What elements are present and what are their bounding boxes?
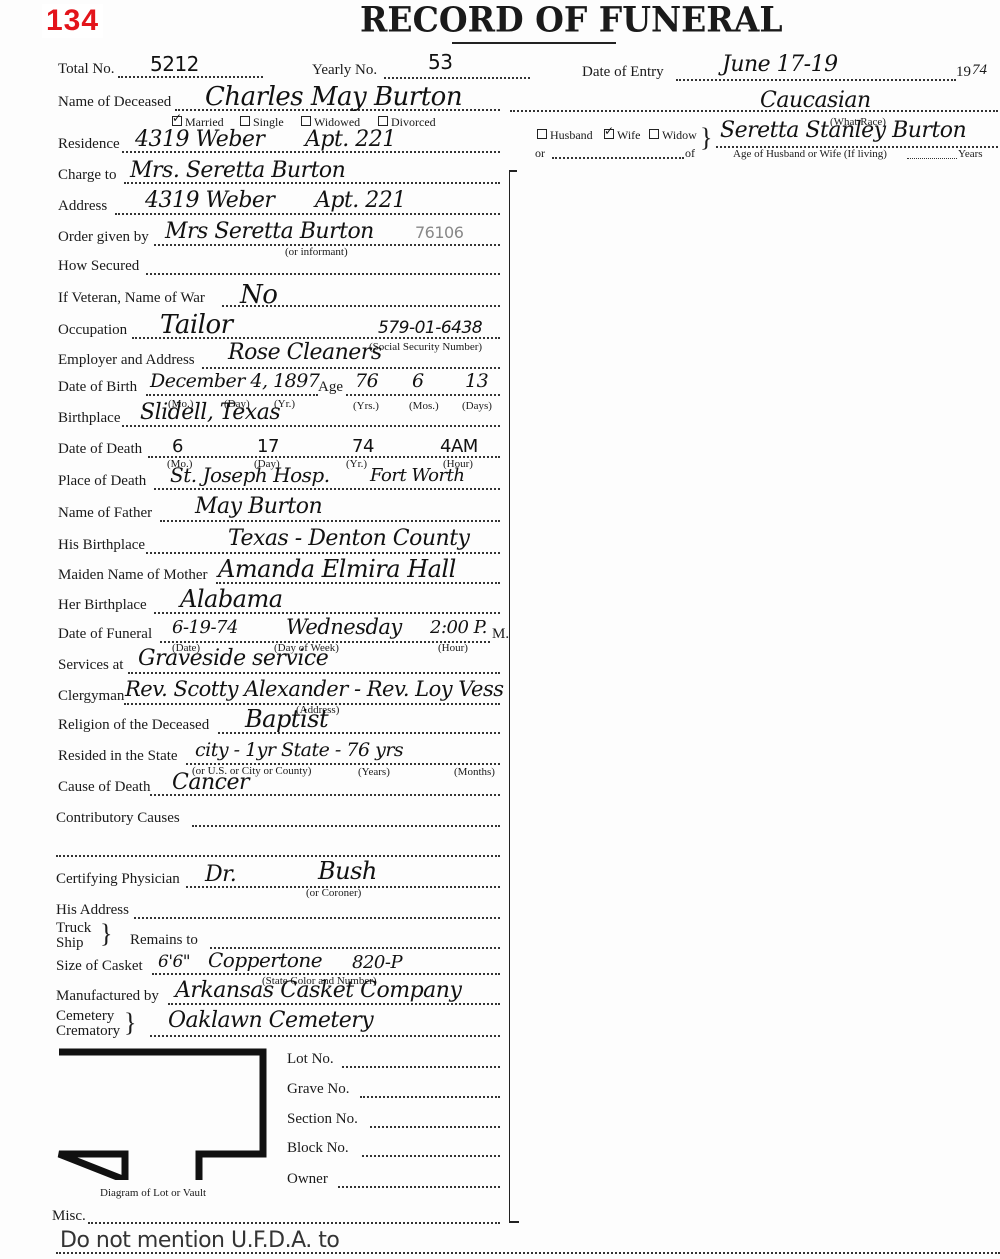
lot-no-line[interactable] <box>342 1066 500 1068</box>
cause-of-death-label: Cause of Death <box>58 779 150 796</box>
dod-hour[interactable]: 4AM <box>440 436 478 457</box>
order-given-by-note: 76106 <box>415 223 463 242</box>
ship-label: Ship <box>56 936 91 951</box>
grave-no-label: Grave No. <box>287 1081 349 1098</box>
lot-diagram <box>55 1048 267 1158</box>
section-no-label: Section No. <box>287 1111 358 1128</box>
casket-number[interactable]: 820-P <box>352 952 402 973</box>
age-days[interactable]: 13 <box>465 370 488 392</box>
cemetery-value[interactable]: Oaklawn Cemetery <box>168 1008 373 1033</box>
veteran-value[interactable]: No <box>240 280 277 310</box>
block-no-label: Block No. <box>287 1140 349 1157</box>
religion-label: Religion of the Deceased <box>58 717 209 734</box>
residence-value[interactable]: 4319 Weber <box>135 127 264 152</box>
employer-label: Employer and Address <box>58 352 195 369</box>
father-birthplace-value[interactable]: Texas - Denton County <box>228 526 469 551</box>
title-underline <box>452 42 616 44</box>
clergyman-label: Clergyman <box>58 688 124 705</box>
place-of-death-line <box>154 488 500 490</box>
race-value[interactable]: Caucasian <box>760 88 871 113</box>
contributory-causes-label: Contributory Causes <box>56 810 180 827</box>
vault-diagram-icon <box>55 1048 267 1180</box>
date-of-entry-value[interactable]: June 17-19 <box>722 52 838 77</box>
relation-of-label: of <box>685 146 695 161</box>
father-name-value[interactable]: May Burton <box>195 494 322 519</box>
physician-caption: (or Coroner) <box>306 887 361 899</box>
mother-birthplace-value[interactable]: Alabama <box>180 585 283 613</box>
cemetery-line <box>150 1035 500 1037</box>
lot-diagram-caption: Diagram of Lot or Vault <box>100 1187 206 1199</box>
services-at-label: Services at <box>58 657 123 674</box>
residence-label: Residence <box>58 136 120 153</box>
ssn-value[interactable]: 579-01-6438 <box>378 318 482 338</box>
dod-caption-yr: (Yr.) <box>346 458 367 470</box>
cause-of-death-value[interactable]: Cancer <box>172 770 249 795</box>
address-value[interactable]: 4319 Weber <box>145 188 274 213</box>
spouse-name-value[interactable]: Seretta Stanley Burton <box>720 118 966 143</box>
relation-widow[interactable]: Widow <box>649 128 697 143</box>
dob-line <box>146 394 318 396</box>
notes-panel-top-tick <box>509 170 517 172</box>
grave-no-line[interactable] <box>360 1096 500 1098</box>
manufacturer-line <box>168 1003 500 1005</box>
age-line <box>346 394 500 396</box>
checkbox-widowed[interactable] <box>301 116 311 126</box>
relation-husband[interactable]: Husband <box>537 128 593 143</box>
address-line <box>115 213 500 215</box>
age-label: Age <box>318 379 343 396</box>
casket-color[interactable]: Coppertone <box>208 948 322 972</box>
resided-label: Resided in the State <box>58 748 178 765</box>
crematory-label: Crematory <box>56 1024 120 1039</box>
checkbox-divorced[interactable] <box>378 116 388 126</box>
order-given-by-value[interactable]: Mrs Seretta Burton <box>165 219 374 244</box>
block-no-line[interactable] <box>362 1155 500 1157</box>
relation-brace-icon: } <box>700 125 712 151</box>
birthplace-label: Birthplace <box>58 410 120 427</box>
dod-day[interactable]: 17 <box>257 436 279 457</box>
father-birthplace-label: His Birthplace <box>58 537 145 554</box>
order-given-by-label: Order given by <box>58 229 149 246</box>
truck-label: Truck <box>56 921 91 936</box>
age-caption-days: (Days) <box>462 400 492 412</box>
clergyman-value[interactable]: Rev. Scotty Alexander - Rev. Loy Vess <box>125 677 504 701</box>
religion-value[interactable]: Baptist <box>245 705 328 733</box>
notes-panel-bottom-tick <box>509 1221 519 1223</box>
order-given-by-caption: (or informant) <box>285 246 348 258</box>
physician-value-name[interactable]: Bush <box>318 857 377 885</box>
mother-maiden-name-value[interactable]: Amanda Elmira Hall <box>218 555 456 583</box>
services-at-value[interactable]: Graveside service <box>138 646 328 671</box>
physician-label: Certifying Physician <box>56 871 180 888</box>
owner-line[interactable] <box>338 1186 500 1188</box>
total-no-label: Total No. <box>58 61 114 78</box>
yearly-no-label: Yearly No. <box>312 62 377 79</box>
truck-ship-labels: Truck Ship <box>56 921 91 951</box>
cemetery-crematory-labels: Cemetery Crematory <box>56 1009 120 1039</box>
place-of-death-value[interactable]: St. Joseph Hosp. <box>170 463 330 487</box>
casket-size-label: Size of Casket <box>56 958 143 975</box>
entry-year-suffix[interactable]: 74 <box>972 62 987 79</box>
father-name-line <box>160 520 500 522</box>
age-caption-yrs: (Yrs.) <box>353 400 379 412</box>
age-caption-mos: (Mos.) <box>409 400 439 412</box>
mother-birthplace-label: Her Birthplace <box>58 597 147 614</box>
yearly-no-value[interactable]: 53 <box>428 50 452 74</box>
relation-or-label: or <box>535 146 545 161</box>
casket-size[interactable]: 6'6" <box>158 952 190 972</box>
birthplace-line <box>122 425 500 427</box>
ssn-caption: (Social Security Number) <box>369 341 482 353</box>
address-value-apt[interactable]: Apt. 221 <box>315 188 406 213</box>
cemetery-label: Cemetery <box>56 1009 120 1024</box>
deceased-name-label: Name of Deceased <box>58 94 171 111</box>
services-at-line <box>128 672 500 674</box>
total-no-line <box>118 76 263 78</box>
mother-maiden-name-label: Maiden Name of Mother <box>58 567 208 584</box>
dod-year[interactable]: 74 <box>352 436 374 457</box>
dob-label: Date of Birth <box>58 379 137 396</box>
funeral-hour[interactable]: 2:00 P. <box>430 617 487 638</box>
misc-value[interactable]: Do not mention U.F.D.A. to <box>60 1228 339 1253</box>
father-name-label: Name of Father <box>58 505 152 522</box>
funeral-hour-suffix: M. <box>492 626 509 643</box>
manufacturer-value[interactable]: Arkansas Casket Company <box>175 978 461 1003</box>
resided-caption-months: (Months) <box>454 766 495 778</box>
contributory-causes-line-2[interactable] <box>56 855 500 857</box>
date-of-entry-label: Date of Entry <box>582 64 664 81</box>
place-of-death-city[interactable]: Fort Worth <box>370 465 464 486</box>
employer-value[interactable]: Rose Cleaners <box>228 340 382 365</box>
occupation-value[interactable]: Tailor <box>160 310 233 340</box>
owner-label: Owner <box>287 1171 328 1188</box>
address-label: Address <box>58 198 107 215</box>
date-of-entry-line <box>676 79 956 81</box>
entry-year-prefix: 19 <box>956 64 971 81</box>
spouse-age-years-label: Years <box>958 148 983 160</box>
charge-to-value[interactable]: Mrs. Seretta Burton <box>130 158 345 183</box>
checkbox-widow[interactable] <box>649 129 659 139</box>
lot-no-label: Lot No. <box>287 1051 334 1068</box>
checkbox-husband[interactable] <box>537 129 547 139</box>
dob-value[interactable]: December 4, 1897 <box>150 370 319 392</box>
manufacturer-label: Manufactured by <box>56 988 159 1005</box>
dod-month[interactable]: 6 <box>172 436 183 457</box>
funeral-day-of-week[interactable]: Wednesday <box>286 615 402 639</box>
notes-panel-border <box>509 170 510 1222</box>
misc-label: Misc. <box>52 1208 86 1225</box>
how-secured-label: How Secured <box>58 258 139 275</box>
father-birthplace-line <box>146 552 500 554</box>
remains-to-label: Remains to <box>130 932 198 949</box>
race-line <box>510 110 998 112</box>
checkbox-wife[interactable] <box>604 129 614 139</box>
truck-ship-brace-icon: } <box>100 921 112 947</box>
yearly-no-line <box>384 77 530 79</box>
veteran-label: If Veteran, Name of War <box>58 290 205 307</box>
funeral-caption-hour: (Hour) <box>438 642 468 654</box>
place-of-death-label: Place of Death <box>58 473 146 490</box>
deceased-name-value[interactable]: Charles May Burton <box>205 82 462 112</box>
page-number: 134 <box>42 4 103 38</box>
physician-address-line[interactable] <box>134 917 500 919</box>
contributory-causes-line[interactable] <box>192 825 500 827</box>
resided-value[interactable]: city - 1yr State - 76 yrs <box>195 739 403 761</box>
occupation-label: Occupation <box>58 322 127 339</box>
resided-caption-years: (Years) <box>358 766 390 778</box>
physician-value-title[interactable]: Dr. <box>205 862 236 887</box>
cemetery-brace-icon: } <box>124 1010 136 1036</box>
residence-value-apt[interactable]: Apt. 221 <box>305 127 396 152</box>
page-title: RECORD OF FUNERAL <box>360 0 783 40</box>
age-months[interactable]: 6 <box>412 370 424 392</box>
charge-to-label: Charge to <box>58 167 116 184</box>
funeral-date-label: Date of Funeral <box>58 626 152 643</box>
employer-line <box>202 367 500 369</box>
section-no-line[interactable] <box>370 1126 500 1128</box>
how-secured-line[interactable] <box>146 273 500 275</box>
spouse-age-label: Age of Husband or Wife (If living) <box>733 148 887 160</box>
checkbox-married[interactable] <box>172 116 182 126</box>
birthplace-value[interactable]: Slidell, Texas <box>140 400 280 425</box>
checkbox-single[interactable] <box>240 116 250 126</box>
spouse-age-line <box>907 158 957 159</box>
misc-line <box>88 1222 500 1224</box>
funeral-date-value[interactable]: 6-19-74 <box>172 617 238 638</box>
age-years[interactable]: 76 <box>355 370 378 392</box>
relation-or-line <box>552 157 684 159</box>
total-no-value[interactable]: 5212 <box>150 52 199 76</box>
dod-label: Date of Death <box>58 441 142 458</box>
physician-address-label: His Address <box>56 902 129 919</box>
relation-wife[interactable]: Wife <box>604 128 641 143</box>
